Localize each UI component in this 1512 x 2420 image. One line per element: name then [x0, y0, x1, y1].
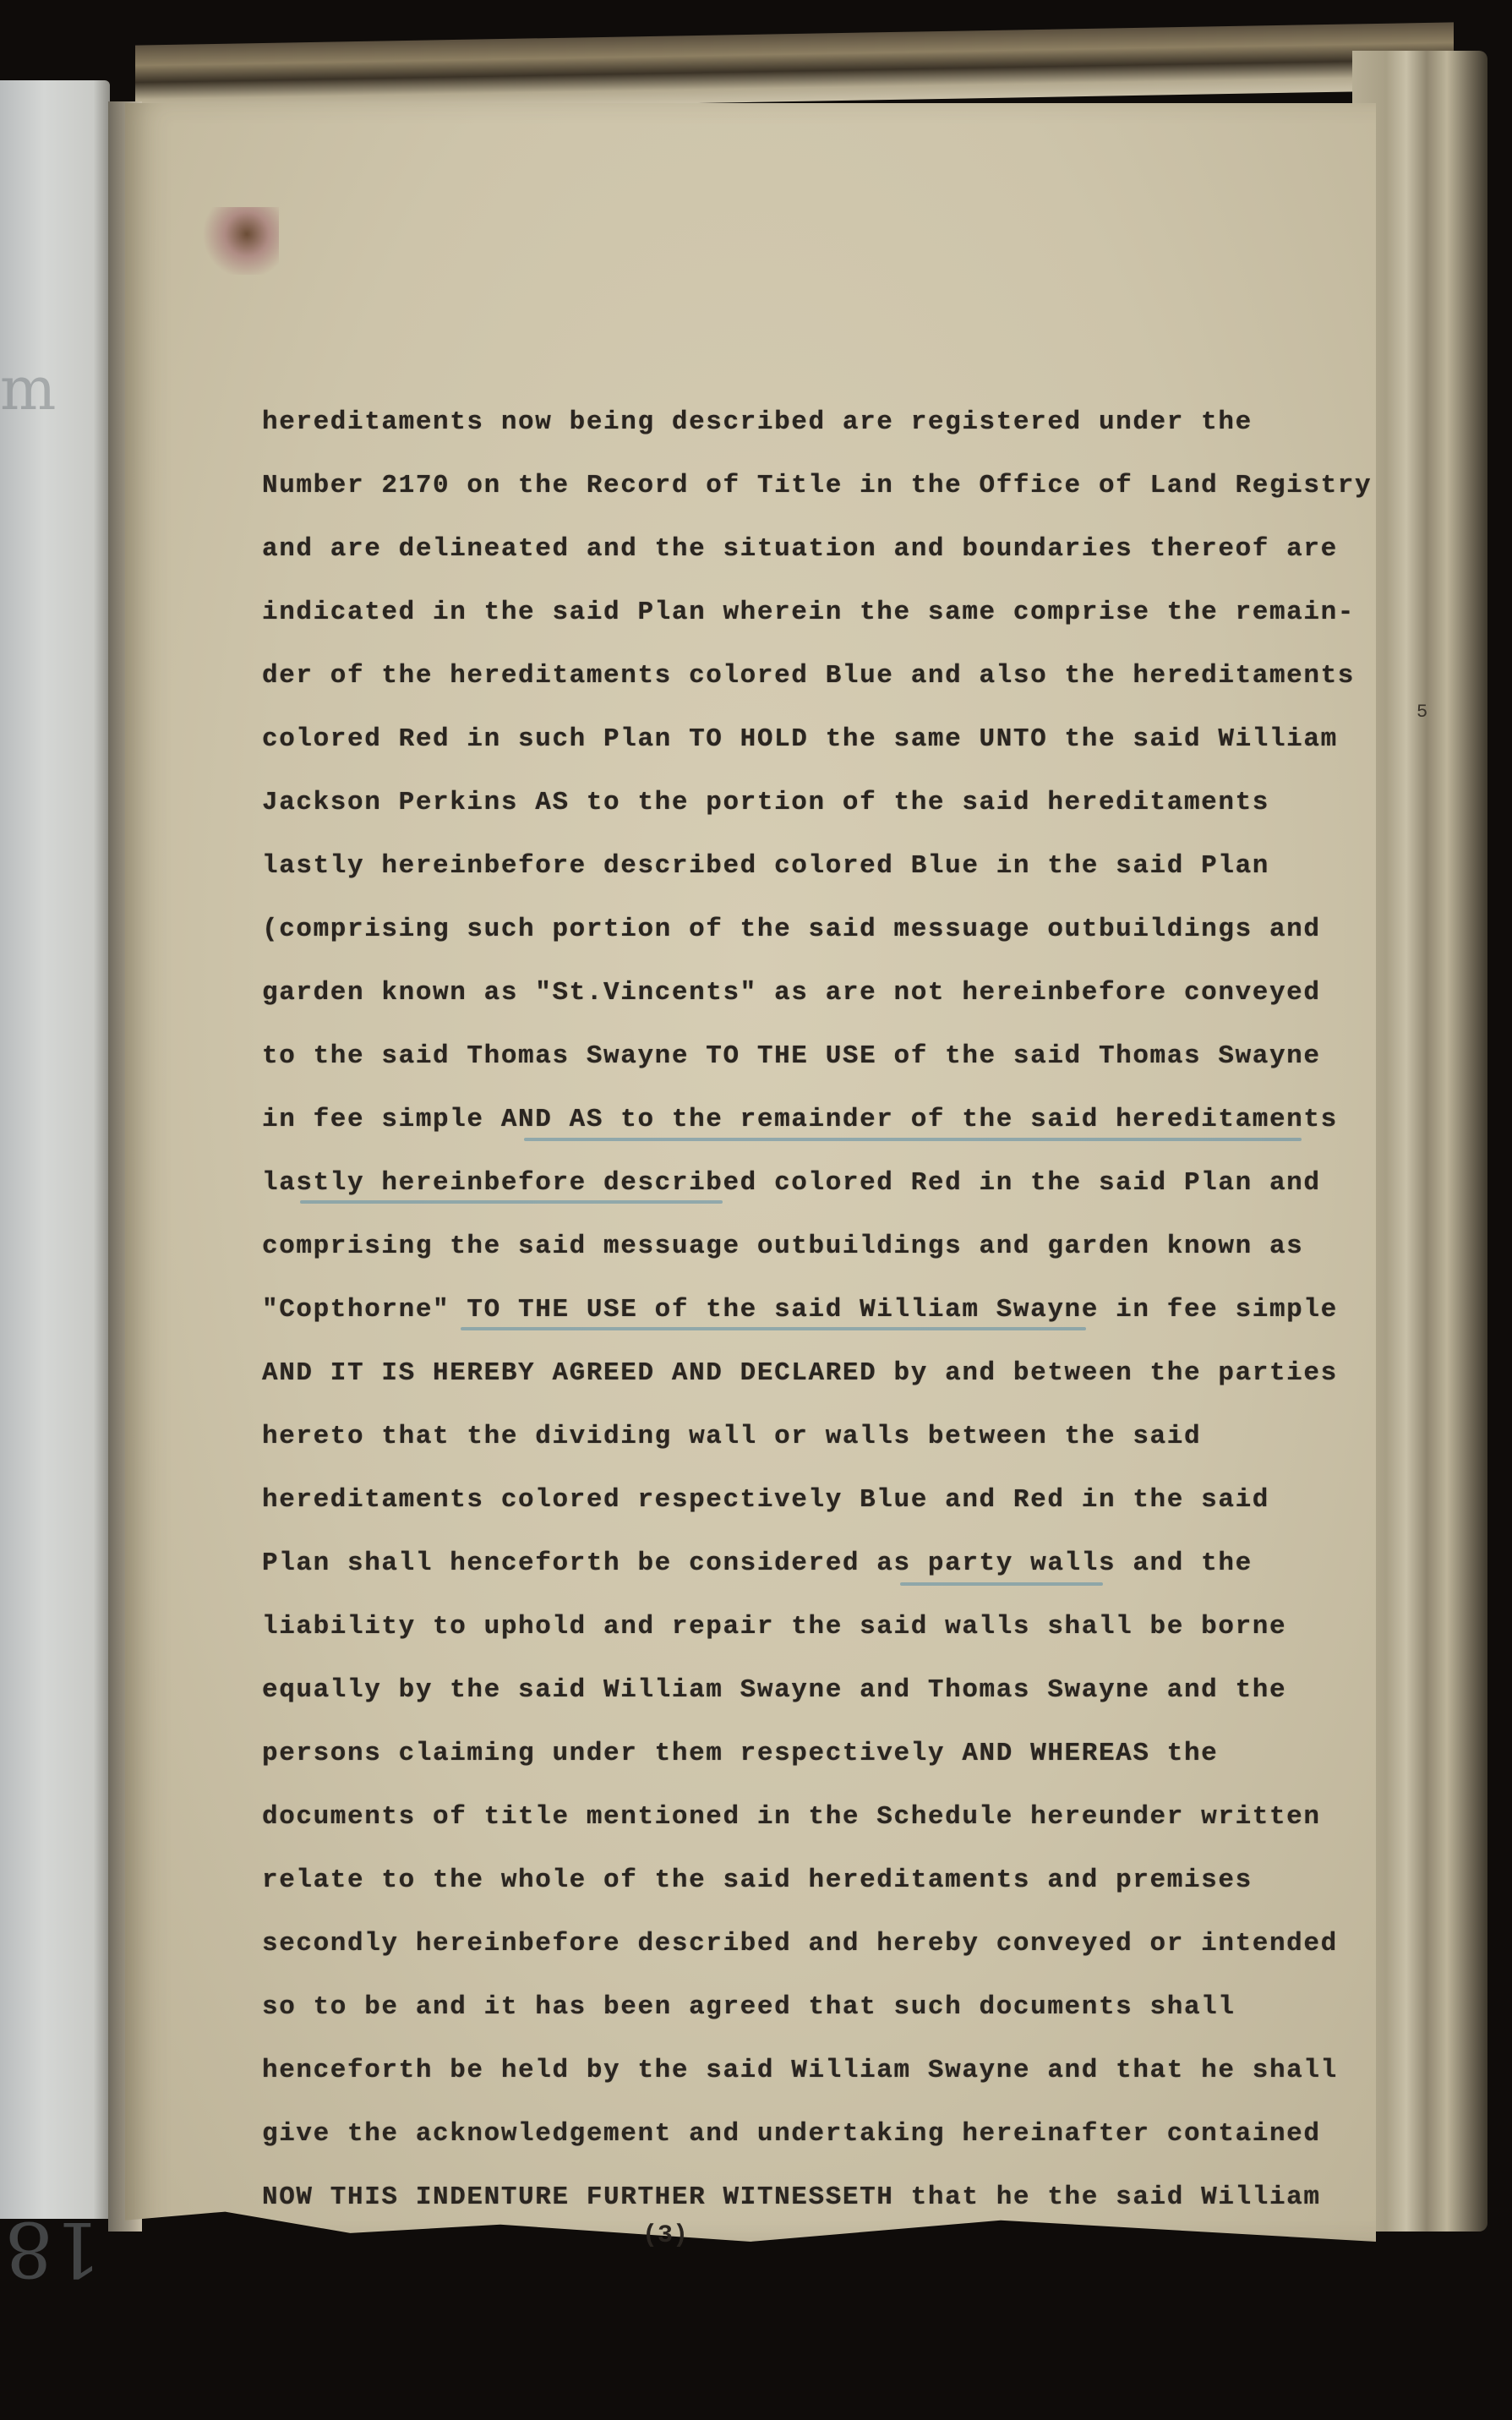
text-line: AND IT IS HEREBY AGREED AND DECLARED by …: [262, 1341, 1361, 1405]
text-line: comprising the said messuage outbuilding…: [262, 1215, 1361, 1278]
text-line: hereditaments colored respectively Blue …: [262, 1468, 1361, 1532]
ink-smudge: [199, 207, 279, 275]
page-number: (3): [642, 2221, 688, 2250]
text-line: Jackson Perkins AS to the portion of the…: [262, 771, 1361, 834]
text-line: Plan shall henceforth be considered as p…: [262, 1532, 1361, 1595]
text-line: NOW THIS INDENTURE FURTHER WITNESSETH th…: [262, 2166, 1361, 2229]
text-line: liability to uphold and repair the said …: [262, 1595, 1361, 1658]
left-page-stamp-bottom: 181: [0, 2210, 101, 2286]
text-line: and are delineated and the situation and…: [262, 517, 1361, 581]
left-page-edge: m 181: [0, 80, 110, 2219]
typewritten-text: hereditaments now being described are re…: [262, 391, 1361, 2229]
text-line: secondly hereinbefore described and here…: [262, 1912, 1361, 1975]
pencil-underline: [461, 1327, 1086, 1330]
text-line: garden known as "St.Vincents" as are not…: [262, 961, 1361, 1024]
text-line: so to be and it has been agreed that suc…: [262, 1975, 1361, 2039]
text-line: equally by the said William Swayne and T…: [262, 1658, 1361, 1722]
text-line: hereditaments now being described are re…: [262, 391, 1361, 454]
text-line: "Copthorne" TO THE USE of the said Willi…: [262, 1278, 1361, 1341]
pencil-underline: [900, 1582, 1103, 1586]
text-line: in fee simple AND AS to the remainder of…: [262, 1088, 1361, 1151]
text-line: colored Red in such Plan TO HOLD the sam…: [262, 707, 1361, 771]
text-line: indicated in the said Plan wherein the s…: [262, 581, 1361, 644]
text-line: der of the hereditaments colored Blue an…: [262, 644, 1361, 707]
text-line: lastly hereinbefore described colored Re…: [262, 1151, 1361, 1215]
text-line: henceforth be held by the said William S…: [262, 2039, 1361, 2102]
text-line: relate to the whole of the said heredita…: [262, 1849, 1361, 1912]
text-line: (comprising such portion of the said mes…: [262, 898, 1361, 961]
pencil-underline: [524, 1138, 1302, 1141]
margin-mark: 5: [1416, 702, 1427, 723]
page-stack-top-edge: [135, 22, 1454, 112]
text-line: persons claiming under them respectively…: [262, 1722, 1361, 1785]
text-line: hereto that the dividing wall or walls b…: [262, 1405, 1361, 1468]
text-line: give the acknowledgement and undertaking…: [262, 2102, 1361, 2166]
text-line: Number 2170 on the Record of Title in th…: [262, 454, 1361, 517]
text-line: documents of title mentioned in the Sche…: [262, 1785, 1361, 1849]
pencil-underline: [300, 1200, 723, 1204]
text-line: lastly hereinbefore described colored Bl…: [262, 834, 1361, 898]
text-line: to the said Thomas Swayne TO THE USE of …: [262, 1024, 1361, 1088]
left-page-stamp-top: m: [0, 359, 101, 418]
